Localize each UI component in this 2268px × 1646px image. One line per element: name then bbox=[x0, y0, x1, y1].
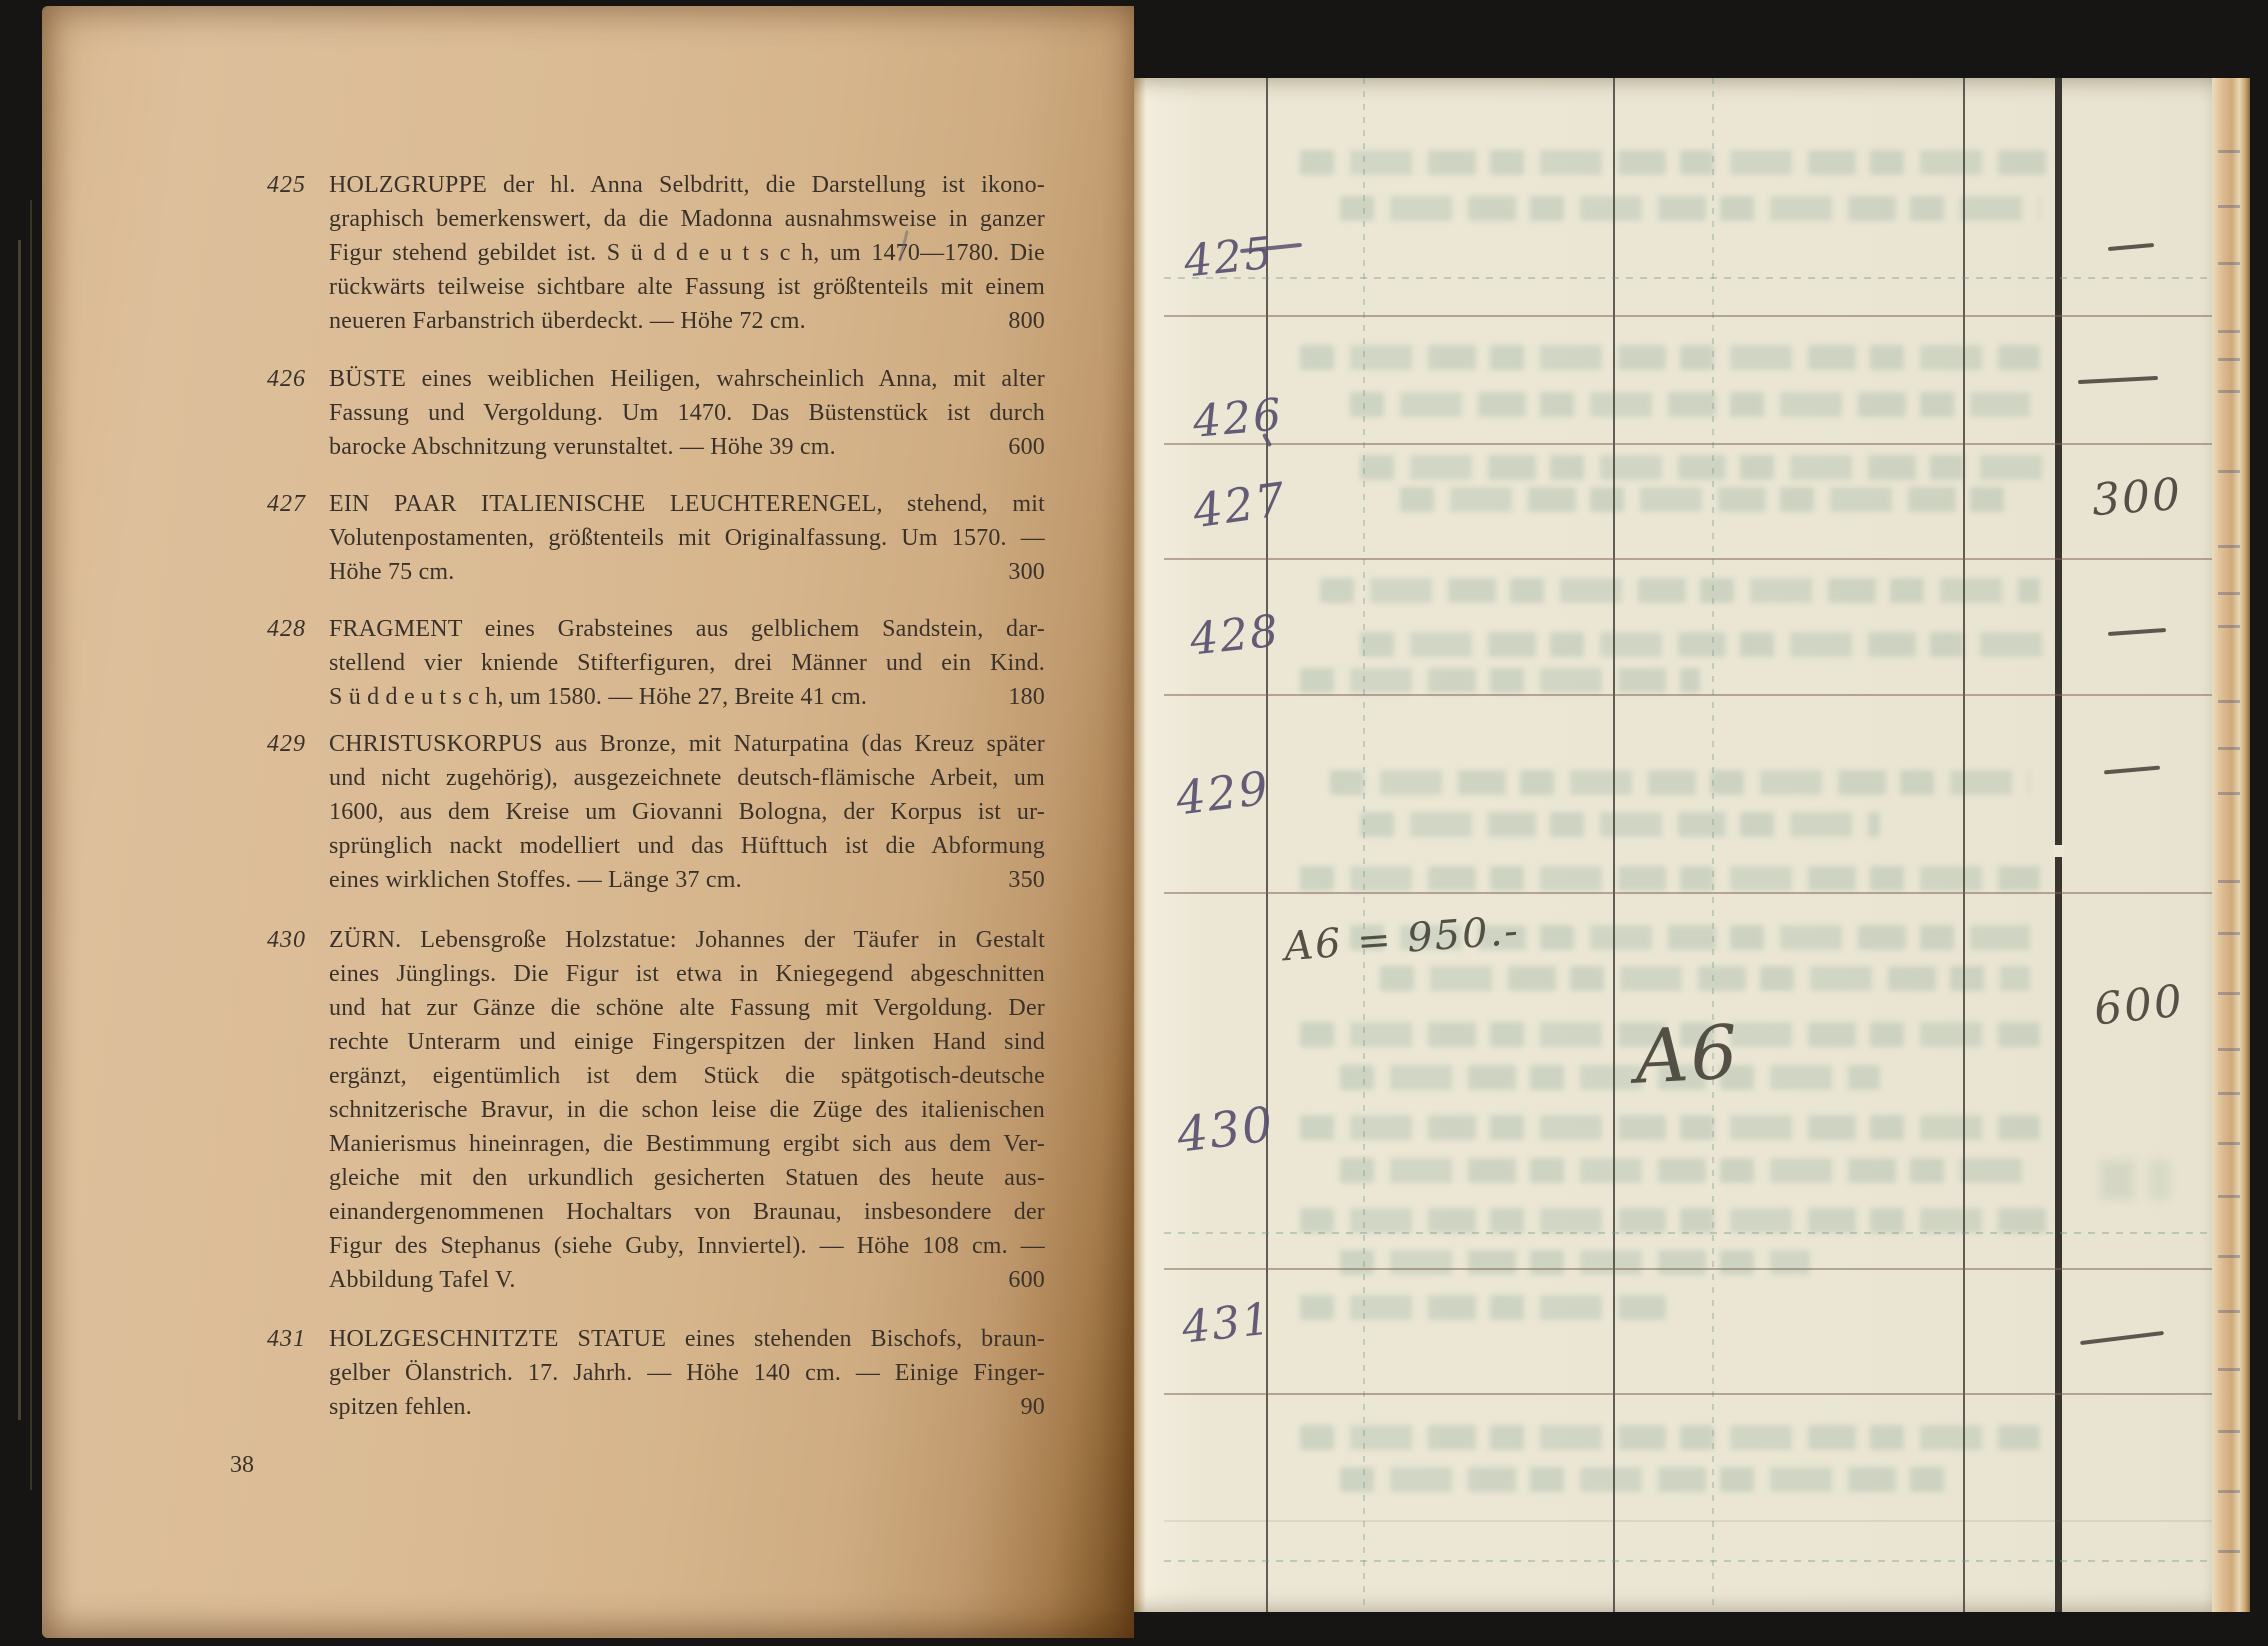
entry-price: 600 bbox=[1008, 430, 1045, 464]
entry-line: FRAGMENT eines Grabsteines aus gelbliche… bbox=[329, 612, 1045, 646]
entry-line: ergänzt, eigentümlich ist dem Stück die … bbox=[329, 1059, 1045, 1093]
catalog-entry-428: 428FRAGMENT eines Grabsteines aus gelbli… bbox=[329, 612, 1045, 714]
ghost-text-row bbox=[1300, 668, 1700, 693]
lot-number: 430 bbox=[267, 923, 321, 957]
page-fore-edge bbox=[2212, 78, 2250, 1612]
handwritten-lot-431: 431 bbox=[1180, 1293, 1275, 1353]
ghost-text-row bbox=[1340, 1065, 1880, 1090]
handwritten-lot-428: 428 bbox=[1188, 605, 1283, 665]
ledger-row-rule bbox=[1164, 892, 2212, 894]
entry-line: eines Jünglings. Die Figur ist etwa in K… bbox=[329, 957, 1045, 991]
entry-line: Volutenpostamenten, größtenteils mit Ori… bbox=[329, 521, 1045, 555]
lot-number: 427 bbox=[267, 487, 321, 521]
ghost-text-row bbox=[1300, 1295, 1680, 1320]
entry-line: HOLZGESCHNITZTE STATUE eines stehenden B… bbox=[329, 1322, 1045, 1356]
show-through-rule bbox=[1164, 277, 2212, 279]
fore-edge-tick bbox=[2218, 792, 2240, 795]
ghost-text-row bbox=[1400, 487, 2020, 512]
ghost-text-row bbox=[1300, 866, 2040, 891]
ghost-text-row bbox=[1320, 578, 2040, 603]
entry-line: spitzen fehlen.90 bbox=[329, 1390, 1045, 1424]
ledger-row-rule bbox=[1164, 1393, 2212, 1395]
ghost-text-row bbox=[1300, 150, 2050, 175]
fore-edge-tick bbox=[2218, 880, 2240, 883]
handwritten-price-427: 300 bbox=[2090, 469, 2183, 526]
entry-price: 90 bbox=[1021, 1390, 1045, 1424]
catalog-entry-425: 425HOLZGRUPPE der hl. Anna Selbdritt, di… bbox=[329, 168, 1045, 338]
left-page: 425HOLZGRUPPE der hl. Anna Selbdritt, di… bbox=[42, 6, 1134, 1638]
entry-line: und nicht zugehörig), ausgezeichnete deu… bbox=[329, 761, 1045, 795]
entry-line: EIN PAAR ITALIENISCHE LEUCHTERENGEL, ste… bbox=[329, 487, 1045, 521]
book-spine-edge bbox=[30, 200, 32, 1490]
ledger-row-rule bbox=[1164, 694, 2212, 696]
fore-edge-tick bbox=[2218, 1255, 2240, 1258]
fore-edge-tick bbox=[2218, 330, 2240, 333]
entry-line: rechte Unterarm und einige Fingerspitzen… bbox=[329, 1025, 1045, 1059]
fore-edge-tick bbox=[2218, 625, 2240, 628]
fore-edge-tick bbox=[2218, 1195, 2240, 1198]
fore-edge-tick bbox=[2218, 262, 2240, 265]
ghost-text-row bbox=[1300, 1115, 2040, 1140]
entry-price: 180 bbox=[1008, 680, 1045, 714]
entry-line: barocke Abschnitzung verunstaltet. — Höh… bbox=[329, 430, 1045, 464]
entry-line: sprünglich nackt modelliert und das Hüft… bbox=[329, 829, 1045, 863]
ghost-text-row bbox=[1300, 345, 2040, 370]
ledger-row-rule bbox=[1164, 443, 2212, 445]
pencil-smudge bbox=[2100, 1160, 2170, 1200]
show-through-rule bbox=[1712, 78, 1714, 1612]
fore-edge-tick bbox=[2218, 358, 2240, 361]
ghost-text-row bbox=[1340, 1467, 1960, 1492]
entry-line: rückwärts teilweise sichtbare alte Fassu… bbox=[329, 270, 1045, 304]
show-through-rule bbox=[1363, 78, 1365, 1612]
ghost-text-row bbox=[1360, 455, 2050, 480]
catalog-entry-427: 427EIN PAAR ITALIENISCHE LEUCHTERENGEL, … bbox=[329, 487, 1045, 589]
ledger-column-rule bbox=[1963, 78, 1965, 1612]
handwritten-note-large: A6 bbox=[1633, 1009, 1742, 1100]
entry-line: einandergenommenen Hochaltars von Brauna… bbox=[329, 1195, 1045, 1229]
fore-edge-tick bbox=[2218, 1048, 2240, 1051]
fore-edge-tick bbox=[2218, 1490, 2240, 1493]
handwritten-lot-430: 430 bbox=[1174, 1096, 1278, 1163]
entry-price: 350 bbox=[1008, 863, 1045, 897]
lot-number: 431 bbox=[267, 1322, 321, 1356]
ghost-text-row bbox=[1340, 1250, 1810, 1275]
ledger-column-rule bbox=[1266, 78, 1268, 1612]
entry-line: Höhe 75 cm.300 bbox=[329, 555, 1045, 589]
fore-edge-tick bbox=[2218, 592, 2240, 595]
entry-line: 1600, aus dem Kreise um Giovanni Bologna… bbox=[329, 795, 1045, 829]
entry-line: neueren Farbanstrich überdeckt. — Höhe 7… bbox=[329, 304, 1045, 338]
entry-line: ZÜRN. Lebensgroße Holzstatue: Johannes d… bbox=[329, 923, 1045, 957]
ghost-text-row bbox=[1360, 632, 2060, 657]
entry-price: 300 bbox=[1008, 555, 1045, 589]
ghost-text-row bbox=[1380, 966, 2030, 991]
book-spine-edge bbox=[18, 240, 21, 1420]
fore-edge-tick bbox=[2218, 1092, 2240, 1095]
ghost-text-row bbox=[1360, 812, 1880, 837]
entry-line: HOLZGRUPPE der hl. Anna Selbdritt, die D… bbox=[329, 168, 1045, 202]
fore-edge-tick bbox=[2218, 205, 2240, 208]
handwritten-lot-426: 426 bbox=[1191, 389, 1285, 448]
right-page bbox=[1134, 78, 2212, 1612]
fore-edge-tick bbox=[2218, 1142, 2240, 1145]
entry-line: Figur des Stephanus (siehe Guby, Innvier… bbox=[329, 1229, 1045, 1263]
ghost-text-row bbox=[1340, 1158, 2030, 1183]
handwritten-lot-429: 429 bbox=[1173, 760, 1273, 825]
fore-edge-tick bbox=[2218, 1550, 2240, 1553]
fore-edge-tick bbox=[2218, 700, 2240, 703]
entry-price: 600 bbox=[1008, 1263, 1045, 1297]
page-number: 38 bbox=[230, 1452, 254, 1479]
ghost-text-row bbox=[1300, 1208, 2050, 1233]
fore-edge-tick bbox=[2218, 992, 2240, 995]
entry-line: und hat zur Gänze die schöne alte Fassun… bbox=[329, 991, 1045, 1025]
entry-line: graphisch bemerkenswert, da die Madonna … bbox=[329, 202, 1045, 236]
ghost-text-row bbox=[1330, 770, 2030, 795]
lot-number: 428 bbox=[267, 612, 321, 646]
lot-number: 426 bbox=[267, 362, 321, 396]
show-through-rule bbox=[1164, 1232, 2212, 1234]
fore-edge-tick bbox=[2218, 470, 2240, 473]
catalog-entry-430: 430ZÜRN. Lebensgroße Holzstatue: Johanne… bbox=[329, 923, 1045, 1297]
entry-line: gleiche mit den urkundlich gesicherten S… bbox=[329, 1161, 1045, 1195]
entry-line: CHRISTUSKORPUS aus Bronze, mit Naturpati… bbox=[329, 727, 1045, 761]
ledger-row-rule bbox=[1164, 1520, 2212, 1522]
lot-number: 429 bbox=[267, 727, 321, 761]
ghost-text-row bbox=[1340, 196, 2040, 221]
fore-edge-tick bbox=[2218, 1310, 2240, 1313]
fore-edge-tick bbox=[2218, 747, 2240, 750]
entry-line: Manierismus hineinragen, die Bestimmung … bbox=[329, 1127, 1045, 1161]
fore-edge-tick bbox=[2218, 1368, 2240, 1371]
entry-line: Figur stehend gebildet ist. S ü d d e u … bbox=[329, 236, 1045, 270]
entry-line: S ü d d e u t s c h, um 1580. — Höhe 27,… bbox=[329, 680, 1045, 714]
fore-edge-tick bbox=[2218, 150, 2240, 153]
entry-line: gelber Ölanstrich. 17. Jahrh. — Höhe 140… bbox=[329, 1356, 1045, 1390]
entry-line: BÜSTE eines weiblichen Heiligen, wahrsch… bbox=[329, 362, 1045, 396]
fore-edge-tick bbox=[2218, 390, 2240, 393]
entry-line: schnitzerische Bravur, in die schon leis… bbox=[329, 1093, 1045, 1127]
ledger-column-rule bbox=[1613, 78, 1615, 1612]
ledger-row-rule bbox=[1164, 1268, 2212, 1270]
fore-edge-tick bbox=[2218, 1430, 2240, 1433]
catalog-entry-431: 431HOLZGESCHNITZTE STATUE eines stehende… bbox=[329, 1322, 1045, 1424]
ghost-text-row bbox=[1350, 392, 2030, 417]
fore-edge-tick bbox=[2218, 545, 2240, 548]
handwritten-lot-425: 425 bbox=[1182, 227, 1277, 287]
entry-line: eines wirklichen Stoffes. — Länge 37 cm.… bbox=[329, 863, 1045, 897]
catalog-entry-426: 426BÜSTE eines weiblichen Heiligen, wahr… bbox=[329, 362, 1045, 464]
entry-line: Abbildung Tafel V.600 bbox=[329, 1263, 1045, 1297]
lot-number: 425 bbox=[267, 168, 321, 202]
ledger-row-rule bbox=[1164, 315, 2212, 317]
ledger-row-rule bbox=[1164, 558, 2212, 560]
rule-gap bbox=[2053, 845, 2064, 857]
entry-price: 800 bbox=[1008, 304, 1045, 338]
entry-line: Fassung und Vergoldung. Um 1470. Das Büs… bbox=[329, 396, 1045, 430]
fore-edge-tick bbox=[2218, 932, 2240, 935]
catalog-entry-429: 429CHRISTUSKORPUS aus Bronze, mit Naturp… bbox=[329, 727, 1045, 897]
entry-line: stellend vier kniende Stifterfiguren, dr… bbox=[329, 646, 1045, 680]
show-through-rule bbox=[1164, 1560, 2212, 1562]
ghost-text-row bbox=[1300, 1425, 2040, 1450]
handwritten-price-430: 600 bbox=[2092, 975, 2187, 1035]
